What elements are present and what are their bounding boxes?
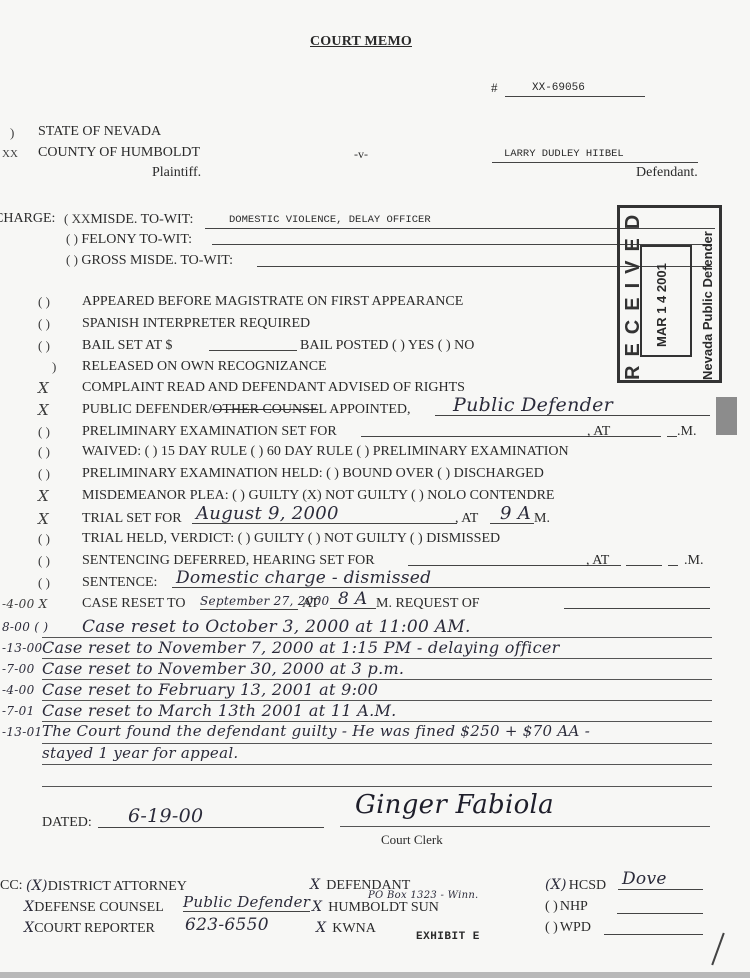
cc-humboldt-sun-check[interactable]: X [312, 899, 322, 915]
handwritten-entries: 8-00 ( ) Case reset to October 3, 2000 a… [0, 617, 712, 788]
checklist-row-released: ) RELEASED ON OWN RECOGNIZANCE [52, 359, 56, 376]
page-title: COURT MEMO [310, 34, 412, 50]
case-reset-checkbox[interactable]: -4-00 X [2, 597, 47, 611]
cc-court-reporter-note: 623-6550 [185, 915, 269, 935]
trial-set-checkbox[interactable]: X [38, 510, 49, 528]
entry-row: -7-00 Case reset to November 30, 2000 at… [0, 659, 712, 680]
entry-row: stayed 1 year for appeal. [0, 744, 712, 766]
trial-set-at-label: , AT [455, 511, 478, 527]
felony-checkbox[interactable]: ( ) [66, 231, 78, 246]
cc-hcsd-note[interactable]: Dove [618, 870, 703, 890]
trial-set-time-value[interactable]: 9 A [490, 505, 534, 524]
cc-wpd-field[interactable] [604, 920, 703, 935]
checklist-row-bail: ( ) BAIL SET AT $ BAIL POSTED ( ) YES ( … [38, 338, 50, 355]
prelim-set-ampm-field[interactable] [667, 424, 677, 437]
prelim-set-m-label: .M. [677, 424, 696, 440]
plea-label: MISDEMEANOR PLEA: ( ) GUILTY (X) NOT GUI… [82, 488, 554, 504]
entry-row: -13-00 Case reset to November 7, 2000 at… [0, 638, 712, 659]
entry-rule [42, 764, 712, 765]
felony-label: FELONY TO-WIT: [81, 232, 192, 247]
entry-row: -13-01 The Court found the defendant gui… [0, 722, 712, 744]
prelim-set-at-label: , AT [587, 424, 610, 440]
dated-value[interactable]: 6-19-00 [98, 806, 324, 828]
trial-held-checkbox[interactable]: ( ) [38, 531, 50, 546]
appeared-label: APPEARED BEFORE MAGISTRATE ON FIRST APPE… [82, 294, 463, 310]
cc-court-reporter-check[interactable]: X [24, 920, 34, 936]
cc-court-reporter-label: COURT REPORTER [34, 921, 155, 936]
cc-nhp-field[interactable] [617, 899, 703, 914]
pen-mark [711, 933, 725, 966]
prelim-set-checkbox[interactable]: ( ) [38, 424, 50, 439]
sentencing-at-label: , AT [586, 553, 609, 569]
sentencing-ampm-field[interactable] [668, 553, 678, 566]
entry-date: -13-00 [2, 641, 42, 655]
cc-district-attorney-label: DISTRICT ATTORNEY [48, 879, 187, 894]
scan-tab-marker [716, 397, 737, 435]
sentencing-label: SENTENCING DEFERRED, HEARING SET FOR [82, 553, 375, 569]
cc-humboldt-sun-label: HUMBOLDT SUN [328, 900, 439, 915]
trial-set-date-value[interactable]: August 9, 2000 [192, 505, 457, 524]
plaintiff-state: STATE OF NEVADA [38, 124, 161, 140]
bail-label: BAIL SET AT $ [82, 338, 172, 354]
charge-label: CHARGE: [0, 211, 55, 227]
checklist-row-sentence: ( ) SENTENCE: Domestic charge - dismisse… [38, 575, 50, 592]
cc-wpd-check[interactable]: ( ) [545, 920, 558, 935]
sentencing-checkbox[interactable]: ( ) [38, 553, 50, 568]
clerk-signature: Ginger Fabiola [355, 790, 554, 820]
prelim-held-label: PRELIMINARY EXAMINATION HELD: ( ) BOUND … [82, 466, 544, 482]
cc-nhp-check[interactable]: ( ) [545, 899, 558, 914]
counsel-label: PUBLIC DEFENDER/OTHER COUNSEL APPOINTED, [82, 402, 411, 418]
case-number-label: # [491, 80, 498, 96]
cc-court-reporter[interactable]: XCOURT REPORTER [24, 920, 155, 937]
bail-checkbox[interactable]: ( ) [38, 338, 50, 353]
cc-hcsd-check[interactable]: (X) [545, 877, 567, 893]
plaintiff-label: Plaintiff. [152, 165, 201, 181]
plaintiff-mark-1: ) [10, 125, 14, 141]
received-stamp: RECEIVED MAR 1 4 2001 Nevada Public Defe… [617, 205, 722, 383]
complaint-label: COMPLAINT READ AND DEFENDANT ADVISED OF … [82, 380, 465, 396]
checklist-row-plea: X MISDEMEANOR PLEA: ( ) GUILTY (X) NOT G… [38, 488, 49, 506]
stamp-date-box: MAR 1 4 2001 [640, 245, 692, 357]
sentence-label: SENTENCE: [82, 575, 157, 591]
prelim-set-label: PRELIMINARY EXAMINATION SET FOR [82, 424, 337, 440]
checklist-row-trial-held: ( ) TRIAL HELD, VERDICT: ( ) GUILTY ( ) … [38, 531, 50, 548]
case-reset-request-label: M. REQUEST OF [376, 596, 480, 612]
entry-date: -7-00 [2, 662, 35, 676]
checklist-row-complaint: X COMPLAINT READ AND DEFENDANT ADVISED O… [38, 380, 49, 398]
checklist-row-counsel: X PUBLIC DEFENDER/OTHER COUNSEL APPOINTE… [38, 402, 49, 420]
case-number: XX-69056 [505, 80, 645, 97]
waived-checkbox[interactable]: ( ) [38, 444, 50, 459]
plaintiff-county: COUNTY OF HUMBOLDT [38, 145, 200, 161]
dated-label: DATED: [42, 815, 92, 831]
entry-text: Case reset to November 30, 2000 at 3 p.m… [42, 659, 404, 678]
sentence-value[interactable]: Domestic charge - dismissed [172, 570, 710, 588]
released-label: RELEASED ON OWN RECOGNIZANCE [82, 359, 327, 375]
entry-text: The Court found the defendant guilty - H… [42, 722, 590, 740]
charge-misdemeanor-row: ( XXMISDE. TO-WIT: [64, 211, 193, 228]
cc-wpd[interactable]: ( )WPD [545, 920, 591, 936]
checklist-row-prelim-set: ( ) PRELIMINARY EXAMINATION SET FOR , AT… [38, 424, 50, 441]
released-checkbox[interactable]: ) [52, 359, 56, 374]
gross-misdemeanor-label: GROSS MISDE. TO-WIT: [81, 253, 233, 268]
cc-district-attorney-check[interactable]: (X) [26, 878, 48, 894]
entry-text: Case reset to February 13, 2001 at 9:00 [42, 680, 378, 699]
cc-hcsd[interactable]: (X)HCSD [545, 877, 606, 894]
trial-set-label: TRIAL SET FOR [82, 511, 182, 527]
sentencing-m-label: .M. [684, 553, 703, 569]
court-clerk-label: Court Clerk [381, 832, 443, 848]
checklist-row-prelim-held: ( ) PRELIMINARY EXAMINATION HELD: ( ) BO… [38, 466, 50, 483]
cc-label: CC: [0, 878, 23, 894]
cc-nhp-label: NHP [560, 899, 588, 914]
cc-defense-counsel-label: DEFENSE COUNSEL [34, 900, 164, 915]
plaintiff-mark-2: XX [2, 146, 18, 162]
defendant-label: Defendant. [636, 165, 698, 181]
counsel-appointed-value[interactable]: Public Defender [435, 396, 710, 416]
checklist-row-sentencing: ( ) SENTENCING DEFERRED, HEARING SET FOR… [38, 553, 50, 570]
counsel-label-struck: OTHER COUNSE [212, 402, 318, 417]
entry-text: Case reset to November 7, 2000 at 1:15 P… [42, 638, 560, 657]
entry-text: Case reset to October 3, 2000 at 11:00 A… [82, 617, 471, 637]
plea-checkbox[interactable]: X [38, 487, 49, 505]
entry-row: -7-01 Case reset to March 13th 2001 at 1… [0, 701, 712, 722]
misdemeanor-label: MISDE. TO-WIT: [90, 212, 193, 227]
entry-row-blank [0, 766, 712, 788]
checklist-row-trial-set: X TRIAL SET FOR August 9, 2000 , AT 9 A … [38, 511, 49, 529]
defendant-name: LARRY DUDLEY HIIBEL [492, 146, 698, 163]
cc-defense-counsel[interactable]: XDEFENSE COUNSEL [24, 899, 164, 916]
case-reset-at-label: AT [302, 596, 319, 612]
case-reset-date-value[interactable]: September 27, 2000 [200, 594, 298, 610]
signature-rule [340, 826, 710, 827]
stamp-date: MAR 1 4 2001 [654, 263, 669, 347]
charge-felony-row: ( ) FELONY TO-WIT: [66, 231, 192, 248]
cc-kwna-label: KWNA [332, 921, 376, 936]
sentence-checkbox[interactable]: ( ) [38, 575, 50, 590]
waived-label: WAIVED: ( ) 15 DAY RULE ( ) 60 DAY RULE … [82, 444, 569, 460]
entry-date: 8-00 ( ) [2, 620, 48, 634]
cc-wpd-label: WPD [560, 920, 591, 935]
charge-gross-row: ( ) GROSS MISDE. TO-WIT: [66, 252, 233, 269]
case-reset-label: CASE RESET TO [82, 596, 185, 612]
entry-row: -4-00 Case reset to February 13, 2001 at… [0, 680, 712, 701]
prelim-set-time-field[interactable] [625, 424, 661, 437]
counsel-checkbox[interactable]: X [38, 401, 49, 419]
entry-date: -7-01 [2, 704, 35, 718]
interpreter-checkbox[interactable]: ( ) [38, 316, 50, 331]
checklist-row-appeared: ( ) APPEARED BEFORE MAGISTRATE ON FIRST … [38, 294, 50, 311]
versus-label: -v- [354, 146, 368, 162]
bail-amount-field[interactable] [209, 338, 297, 351]
checklist-row-interpreter: ( ) SPANISH INTERPRETER REQUIRED [38, 316, 50, 333]
entry-date: -13-01 [2, 725, 42, 739]
checklist-row-waived: ( ) WAIVED: ( ) 15 DAY RULE ( ) 60 DAY R… [38, 444, 50, 461]
checklist-row-case-reset: -4-00 X CASE RESET TO September 27, 2000… [2, 596, 47, 613]
trial-set-m-label: M. [534, 511, 550, 527]
entry-rule [42, 786, 712, 787]
cc-kwna[interactable]: XKWNA [316, 920, 376, 937]
exhibit-label: EXHIBIT E [416, 931, 480, 943]
cc-district-attorney[interactable]: (X)DISTRICT ATTORNEY [26, 878, 187, 895]
case-reset-time-value[interactable]: 8 A [330, 591, 376, 609]
trial-held-label: TRIAL HELD, VERDICT: ( ) GUILTY ( ) NOT … [82, 531, 500, 547]
charge-label-text: CHARGE: [0, 211, 55, 226]
entry-text: stayed 1 year for appeal. [42, 744, 239, 762]
cc-nhp[interactable]: ( )NHP [545, 899, 588, 915]
complaint-checkbox[interactable]: X [38, 379, 49, 397]
scan-edge [0, 972, 750, 978]
counsel-label-pre: PUBLIC DEFENDER/ [82, 402, 212, 417]
counsel-label-post: L APPOINTED, [318, 402, 410, 417]
case-reset-request-field[interactable] [564, 596, 710, 609]
sentencing-time-field[interactable] [626, 553, 662, 566]
interpreter-label: SPANISH INTERPRETER REQUIRED [82, 316, 310, 332]
prelim-held-checkbox[interactable]: ( ) [38, 466, 50, 481]
misdemeanor-checkbox[interactable]: ( XX [64, 211, 90, 226]
entry-date: -4-00 [2, 683, 35, 697]
cc-humboldt-sun[interactable]: XHUMBOLDT SUN [312, 899, 439, 916]
bail-posted-label[interactable]: BAIL POSTED ( ) YES ( ) NO [300, 338, 474, 354]
cc-kwna-check[interactable]: X [316, 920, 326, 936]
entry-row: 8-00 ( ) Case reset to October 3, 2000 a… [0, 617, 712, 638]
appeared-checkbox[interactable]: ( ) [38, 294, 50, 309]
cc-defense-counsel-check[interactable]: X [24, 899, 34, 915]
gross-misdemeanor-checkbox[interactable]: ( ) [66, 252, 78, 267]
cc-defendant-check[interactable]: X [310, 877, 320, 893]
stamp-agency: Nevada Public Defender [700, 231, 715, 380]
cc-hcsd-label: HCSD [569, 878, 606, 893]
cc-defense-counsel-note: Public Defender [183, 893, 310, 912]
entry-text: Case reset to March 13th 2001 at 11 A.M. [42, 701, 397, 720]
